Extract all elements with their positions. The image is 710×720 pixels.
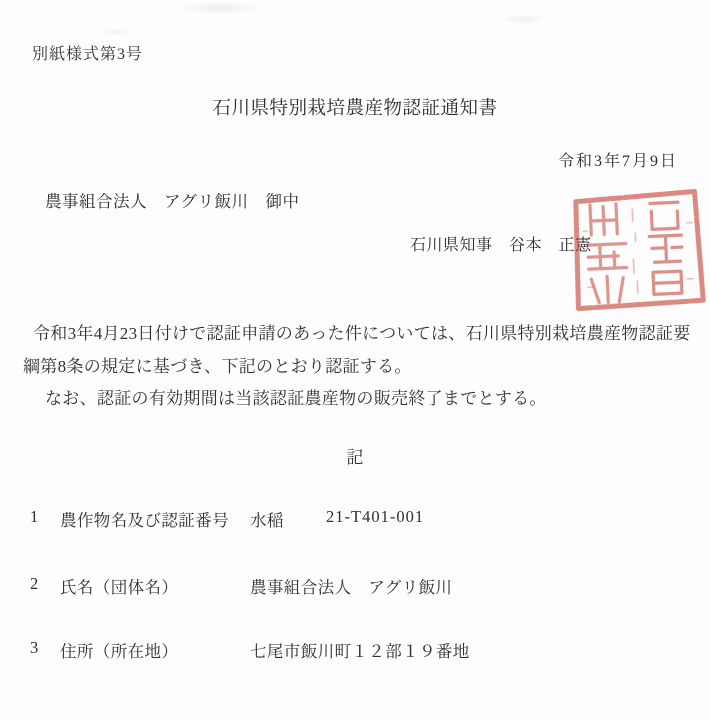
item-number: 2 <box>30 574 39 594</box>
item-number: 3 <box>30 638 39 658</box>
organization-name-value: 農事組合法人 アグリ飯川 <box>250 574 452 598</box>
item-row-organization-name: 2 氏名（団体名） 農事組合法人 アグリ飯川 <box>30 574 680 596</box>
certification-notice-document: 別紙様式第3号 石川県特別栽培農産物認証通知書 令和3年7月9日 農事組合法人 … <box>0 0 710 720</box>
document-title: 石川県特別栽培農産物認証通知書 <box>0 100 710 119</box>
body-text-line: なお、認証の有効期間は当該認証農産物の販売終了までとする。 <box>45 390 547 407</box>
item-row-crop-and-cert-number: 1 農作物名及び認証番号 水稲 21-T401-001 <box>30 507 680 529</box>
form-number: 別紙様式第3号 <box>32 47 143 63</box>
cert-number-value: 21-T401-001 <box>326 507 424 527</box>
item-number: 1 <box>30 507 39 527</box>
record-marker: 記 <box>0 449 710 466</box>
body-text-line: 綱第8条の規定に基づき、下記のとおり認証する。 <box>23 358 412 375</box>
issue-date: 令和3年7月9日 <box>558 154 678 170</box>
item-label: 住所（所在地） <box>60 638 178 662</box>
address-value: 七尾市飯川町１２部１９番地 <box>250 638 470 662</box>
item-label: 農作物名及び認証番号 <box>60 507 229 531</box>
scan-smudge <box>498 14 548 24</box>
issuer-governor-line: 石川県知事 谷本 正憲 <box>410 238 592 254</box>
scan-smudge <box>180 2 260 14</box>
addressee-line: 農事組合法人 アグリ飯川 御中 <box>45 194 300 211</box>
governor-seal-icon <box>567 186 708 314</box>
item-row-address: 3 住所（所在地） 七尾市飯川町１２部１９番地 <box>30 638 680 660</box>
crop-name-value: 水稲 <box>250 507 284 531</box>
scan-smudge <box>100 28 136 36</box>
body-text-line: 令和3年4月23日付けで認証申請のあった件については、石川県特別栽培農産物認証要 <box>33 325 691 342</box>
item-label: 氏名（団体名） <box>60 574 178 598</box>
